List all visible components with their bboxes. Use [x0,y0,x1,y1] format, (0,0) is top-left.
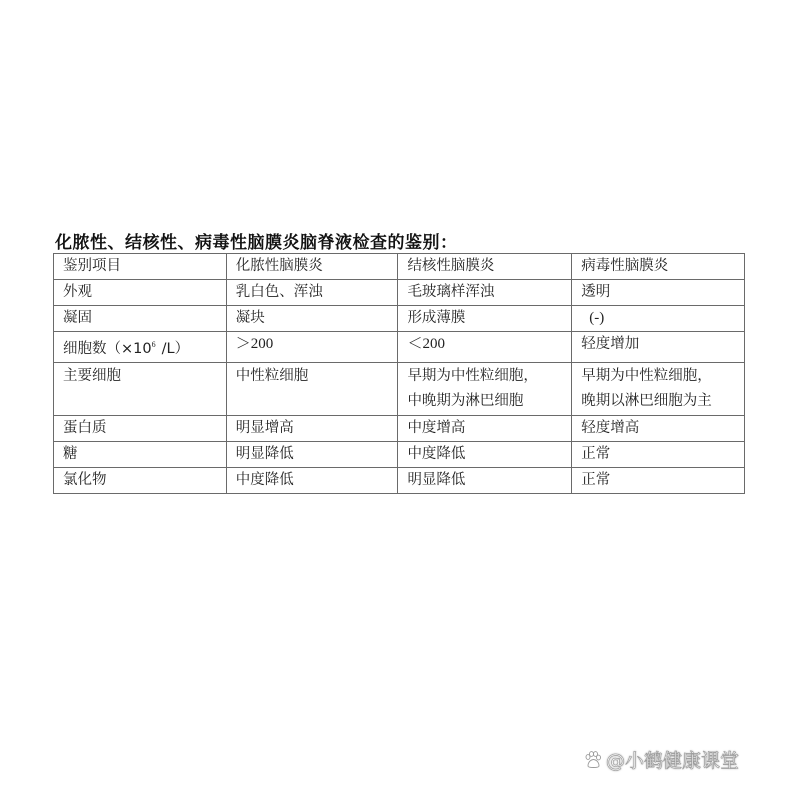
cell-tuberculous: 形成薄膜 [398,306,572,332]
cell-viral: 轻度增高 [572,416,745,442]
cell-tuberculous-line2: 中晚期为淋巴细胞 [407,389,571,414]
cell-tuberculous: 中度降低 [398,442,572,468]
cell-tuberculous-line1: 早期为中性粒细胞， [407,364,571,389]
cell-purulent: 明显降低 [226,442,398,468]
watermark: @小鹤健康课堂 [584,746,739,773]
cell-tuberculous: 毛玻璃样浑浊 [398,280,572,306]
cell-viral-text: (-) [581,310,604,326]
cell-viral-line1: 早期为中性粒细胞， [581,364,744,389]
document-title: 化脓性、结核性、病毒性脑膜炎脑脊液检查的鉴别： [55,228,458,253]
header-cell-purulent: 化脓性脑膜炎 [226,254,398,280]
row-label: 糖 [54,442,227,468]
cell-purulent: 中度降低 [226,468,398,494]
table-row: 蛋白质 明显增高 中度增高 轻度增高 [54,416,745,442]
row-label: 蛋白质 [54,416,227,442]
cell-viral: 透明 [572,280,745,306]
table-row: 细胞数（×106/L） ＞200 ＜200 轻度增加 [54,332,745,363]
cell-viral: 早期为中性粒细胞， 晚期以淋巴细胞为主 [572,363,745,416]
cell-viral: (-) [572,306,745,332]
differential-table: 鉴别项目 化脓性脑膜炎 结核性脑膜炎 病毒性脑膜炎 外观 乳白色、浑浊 毛玻璃样… [53,253,745,494]
cell-viral: 正常 [572,442,745,468]
table-row: 糖 明显降低 中度降低 正常 [54,442,745,468]
row-label-prefix: 细胞数（×10 [63,341,152,357]
cell-viral: 轻度增加 [572,332,745,363]
table-header-row: 鉴别项目 化脓性脑膜炎 结核性脑膜炎 病毒性脑膜炎 [54,254,745,280]
row-label: 凝固 [54,306,227,332]
cell-purulent-text: ＞200 [236,336,274,352]
header-cell-viral: 病毒性脑膜炎 [572,254,745,280]
cell-tuberculous: 中度增高 [398,416,572,442]
baidu-paw-icon [584,751,602,769]
row-label: 外观 [54,280,227,306]
row-label: 氯化物 [54,468,227,494]
row-label: 主要细胞 [54,363,227,416]
row-label-superscript: 6 [152,340,156,349]
row-label: 细胞数（×106/L） [54,332,227,363]
cell-tuberculous: ＜200 [398,332,572,363]
cell-tuberculous: 明显降低 [398,468,572,494]
cell-purulent: ＞200 [226,332,398,363]
cell-purulent: 明显增高 [226,416,398,442]
header-cell-tuberculous: 结核性脑膜炎 [398,254,572,280]
table-row: 凝固 凝块 形成薄膜 (-) [54,306,745,332]
cell-tuberculous: 早期为中性粒细胞， 中晚期为淋巴细胞 [398,363,572,416]
cell-purulent: 中性粒细胞 [226,363,398,416]
cell-viral-line2: 晚期以淋巴细胞为主 [581,389,744,414]
cell-viral: 正常 [572,468,745,494]
row-label-suffix: /L） [156,341,189,357]
table-row: 外观 乳白色、浑浊 毛玻璃样浑浊 透明 [54,280,745,306]
header-cell-item: 鉴别项目 [54,254,227,280]
cell-purulent: 凝块 [226,306,398,332]
cell-tuberculous-text: ＜200 [407,336,445,352]
watermark-text: @小鹤健康课堂 [606,746,739,773]
table-row: 氯化物 中度降低 明显降低 正常 [54,468,745,494]
cell-purulent: 乳白色、浑浊 [226,280,398,306]
table-row: 主要细胞 中性粒细胞 早期为中性粒细胞， 中晚期为淋巴细胞 早期为中性粒细胞， … [54,363,745,416]
